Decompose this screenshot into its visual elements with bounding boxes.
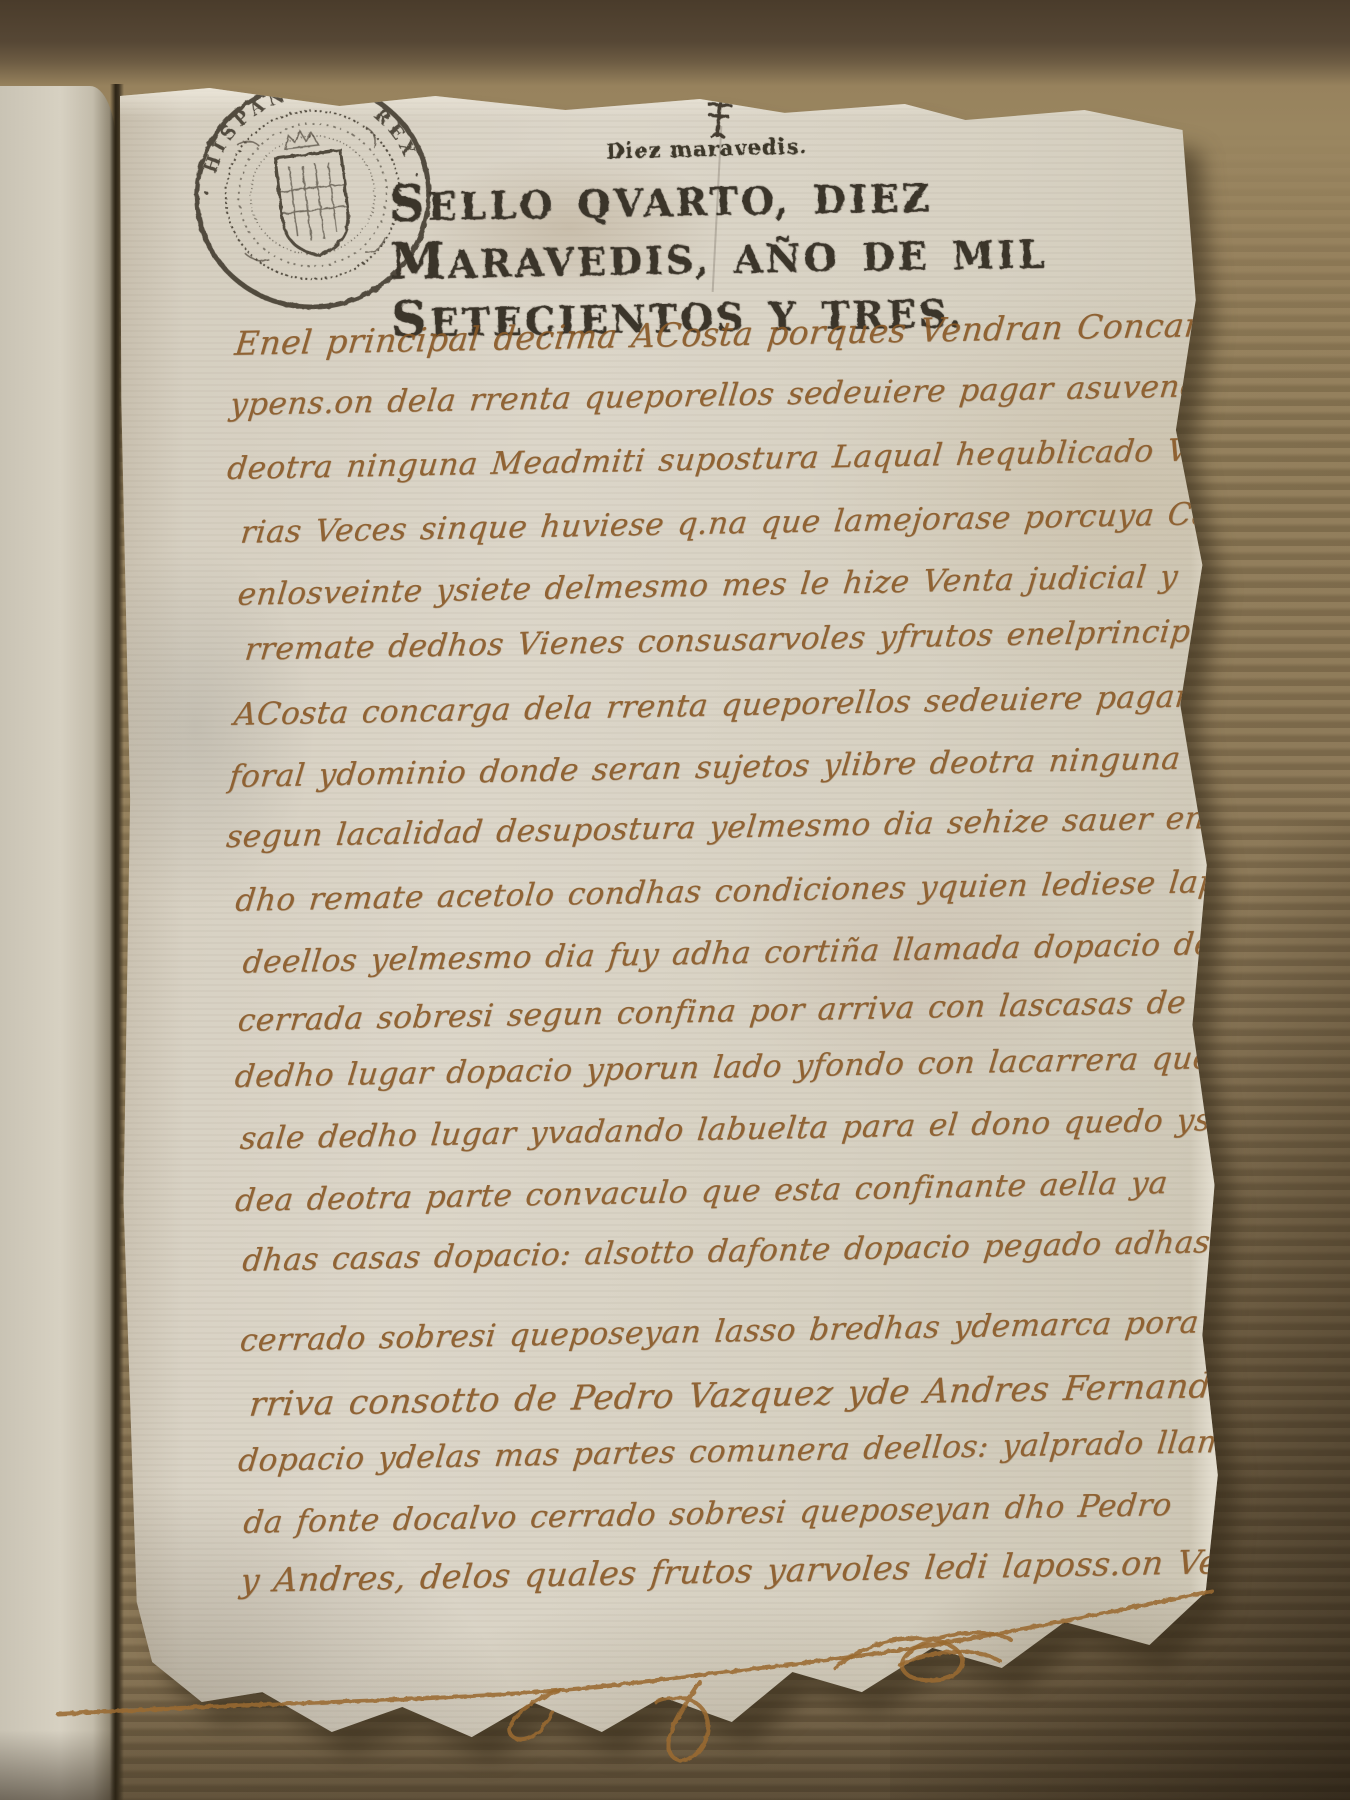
manuscript-line: dho remate acetolo condhas condiciones y… [234, 862, 1306, 919]
manuscript-line: ACosta concarga dela rrenta queporellos … [232, 677, 1284, 733]
manuscript-line: dedho lugar dopacio yporun lado yfondo c… [233, 1040, 1213, 1095]
handwritten-body: Enel principal decima ACosta porques Ven… [118, 63, 1252, 1776]
manuscript-line: segun lacalidad desupostura yelmesmo dia… [225, 800, 1207, 855]
manuscript-line: cerrada sobresi segun confina por arriva… [236, 985, 1188, 1039]
manuscript-line: rremate dedhos Vienes consusarvoles yfru… [243, 610, 1350, 667]
manuscript-page: · HISPANIAR · REX · Diez maravedis. SELL… [118, 84, 1220, 1776]
manuscript-line: dopacio ydelas mas partes comunera deell… [237, 1423, 1288, 1479]
manuscript-line: rias Veces sinque huviese q.na que lamej… [239, 495, 1269, 551]
manuscript-line: sale dedho lugar yvadando labuelta para … [238, 1102, 1231, 1157]
manuscript-line: deotra ninguna Meadmiti supostura Laqual… [226, 432, 1208, 487]
manuscript-line: foral ydominio donde seran sujetos ylibr… [227, 741, 1182, 795]
manuscript-line: cerrado sobresi queposeyan lasso bredhas… [238, 1304, 1200, 1358]
manuscript-line: rriva consotto de Pedro Vazquez yde Andr… [247, 1365, 1252, 1424]
manuscript-line: deellos yelmesmo dia fuy adha cortiña ll… [241, 924, 1312, 981]
photo-of-manuscript: · HISPANIAR · REX · Diez maravedis. SELL… [0, 0, 1350, 1800]
manuscript-line: enlosveinte ysiete delmesmo mes le hize … [236, 559, 1180, 613]
manuscript-line: dea deotra parte convaculo que esta conf… [234, 1165, 1170, 1219]
manuscript-line: y Andres, delos quales frutos yarvoles l… [239, 1541, 1252, 1599]
manuscript-line: dhas casas dopacio: alsotto dafonte dopa… [241, 1222, 1314, 1279]
manuscript-line: da fonte docalvo cerrado sobresi quepose… [242, 1487, 1174, 1541]
manuscript-line: Enel principal decima ACosta porques Ven… [233, 304, 1244, 362]
